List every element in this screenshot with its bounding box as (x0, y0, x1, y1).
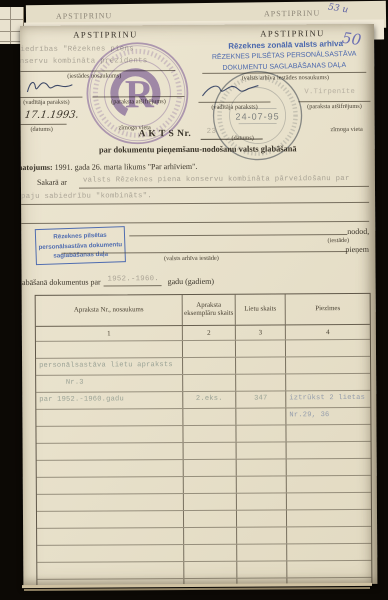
table-row (36, 424, 370, 443)
table-row: personālsastāva lietu apraksts (36, 356, 370, 375)
back-sheet-approve-left: APSTIPRINU (56, 11, 112, 21)
table-cell (236, 459, 286, 475)
table-row: Nr.29, 36 (36, 407, 370, 426)
table-cell (183, 528, 236, 544)
akts-subtitle: par dokumentu pieņemšanu-nodošanu valsts… (41, 144, 355, 155)
documents-table: Apraksta Nr., nosaukums Apraksta eksempl… (35, 293, 373, 586)
table-cell (286, 561, 371, 578)
table-row: par 1952.-1960.gadu2.eks.347iztrūkst 2 l… (36, 390, 370, 409)
table-cell (285, 425, 370, 442)
table-header-cell: Apraksta Nr., nosaukums (36, 295, 182, 326)
table-cell (236, 442, 286, 458)
table-cell (37, 494, 183, 511)
table-cell: personālsastāva lietu apraksts (36, 358, 182, 375)
column-number: 1 (36, 326, 182, 341)
stamp-date-value: 24-07-95 (236, 111, 280, 121)
table-cell (37, 528, 183, 545)
table-cell: Nr.3 (36, 375, 182, 392)
table-cell (286, 544, 371, 561)
table-cell (236, 476, 286, 492)
table-cell: 2.eks. (182, 392, 235, 408)
stamp-monogram: R (125, 71, 155, 116)
reason-typed-line1: valsts Rēzeknes piena konservu kombināta… (83, 175, 350, 185)
basis-line: Pamatojums: 1991. gada 26. marta likums … (20, 162, 197, 172)
table-row (37, 492, 371, 511)
pienem-label: pieņem (345, 245, 369, 254)
storage-suffix: gadu (gadiem) (168, 277, 214, 286)
table-row (37, 475, 371, 494)
table-cell (286, 527, 371, 544)
table-row (37, 441, 371, 460)
table-cell (236, 510, 286, 526)
institution-underline (129, 234, 347, 236)
table-cell: 347 (235, 391, 285, 407)
storage-years-typed: 1952.-1960. (108, 275, 160, 283)
table-cell (286, 459, 371, 476)
table-cell (236, 527, 286, 543)
table-body: personālsastāva lietu apraksts Nr.3par 1… (36, 339, 372, 586)
storage-years-underline (104, 285, 162, 286)
table-cell (236, 561, 286, 577)
table-row (37, 458, 371, 477)
table-cell (183, 511, 236, 527)
table-cell (285, 374, 370, 391)
table-cell (286, 493, 371, 510)
table-cell (36, 409, 182, 426)
table-cell (37, 460, 183, 477)
reason-label: Sakarā ar (37, 178, 67, 187)
table-cell (37, 477, 183, 494)
table-cell (182, 409, 235, 425)
table-cell (285, 340, 370, 357)
seal-place-right: zīmoga vieta (319, 126, 375, 133)
table-cell (182, 358, 235, 374)
back-sheet-approve-right: APSTIPRINU (264, 9, 320, 19)
table-cell (37, 545, 183, 562)
blank-underline (21, 221, 369, 224)
table-cell (183, 460, 236, 476)
table-header-cell: Piezīmes (285, 294, 370, 325)
name-right-caption: (paraksta atšifrējums) (296, 103, 372, 110)
table-row (37, 543, 371, 562)
table-cell: iztrūkst 2 lietas (285, 391, 370, 408)
archive-stamp-line2: RĒZEKNES PILSĒTAS PERSONĀLSASTĀVA (198, 50, 370, 61)
signature-left (24, 78, 76, 98)
table-cell (37, 562, 183, 579)
table-cell (236, 493, 286, 509)
table-row: Nr.3 (36, 373, 370, 392)
table-row (37, 509, 371, 528)
table-cell (235, 408, 285, 424)
basis-label: Pamatojums: (20, 163, 53, 172)
table-cell (183, 545, 236, 561)
table-cell (37, 511, 183, 528)
date-left-caption: (datums) (20, 126, 69, 133)
table-cell (182, 375, 235, 391)
name-right-typed: V.Tirpenīte (304, 88, 355, 96)
reason-underline1 (79, 186, 369, 189)
department-box-stamp: Rēzeknes pilsētas personālsastāva dokume… (35, 226, 126, 265)
approve-heading-left: APSTIPRINU (48, 29, 163, 40)
handwritten-number-50: 50 (341, 29, 362, 49)
column-number: 2 (182, 326, 235, 340)
table-row (36, 339, 370, 358)
table-cell (235, 374, 285, 390)
table-cell (236, 544, 286, 560)
table-cell (235, 425, 285, 441)
table-cell (37, 443, 183, 460)
reason-underline2 (21, 202, 369, 205)
table-cell (182, 341, 235, 357)
table-cell (36, 426, 182, 443)
table-cell (285, 357, 370, 374)
table-cell: Nr.29, 36 (285, 408, 370, 425)
table-cell (235, 357, 285, 373)
column-number: 3 (235, 325, 285, 339)
signature-left-caption: (vadītāja paraksts) (20, 99, 84, 106)
table-cell (183, 494, 236, 510)
nodod-label: nodod, (347, 227, 369, 236)
table-cell (36, 341, 182, 358)
table-number-row: 1 2 3 4 (36, 324, 370, 341)
akts-title: A K T S Nr. (139, 129, 192, 139)
table-header-cell: Apraksta eksemplāru skaits (182, 295, 235, 325)
storage-prefix: valsts glabāšanā dokumentus par (20, 278, 101, 288)
reason-typed-line2: paju sabiedrību "kombināts". (21, 192, 152, 201)
table-cell: par 1952.-1960.gadu (36, 392, 182, 409)
column-number: 4 (285, 325, 370, 340)
table-row (37, 526, 371, 545)
table-header-row: Apraksta Nr., nosaukums Apraksta eksempl… (36, 294, 370, 326)
akts-number: 23 (207, 128, 217, 136)
handwritten-date-left: 17.1.1993. (24, 110, 80, 121)
archive-inst-caption: (valsts arhīva iestāde) (141, 255, 241, 263)
table-cell (183, 443, 236, 459)
table-header-cell: Lietu skaits (235, 294, 285, 324)
scanned-document-photo: APSTIPRINU APSTIPRINU 53 u APSTIPRINU sa… (0, 0, 388, 600)
table-cell (235, 340, 285, 356)
table-cell (183, 562, 236, 578)
basis-text: 1991. gada 26. marta likums "Par arhīvie… (53, 162, 198, 172)
table-row (37, 560, 371, 579)
table-cell (183, 477, 236, 493)
institution-caption: (iestāde) (316, 237, 360, 244)
table-cell (286, 442, 371, 459)
document-page: APSTIPRINU sabiedrības "Rēzeknes piens k… (20, 24, 377, 586)
table-cell (182, 426, 235, 442)
table-cell (286, 476, 371, 493)
table-cell (286, 510, 371, 527)
